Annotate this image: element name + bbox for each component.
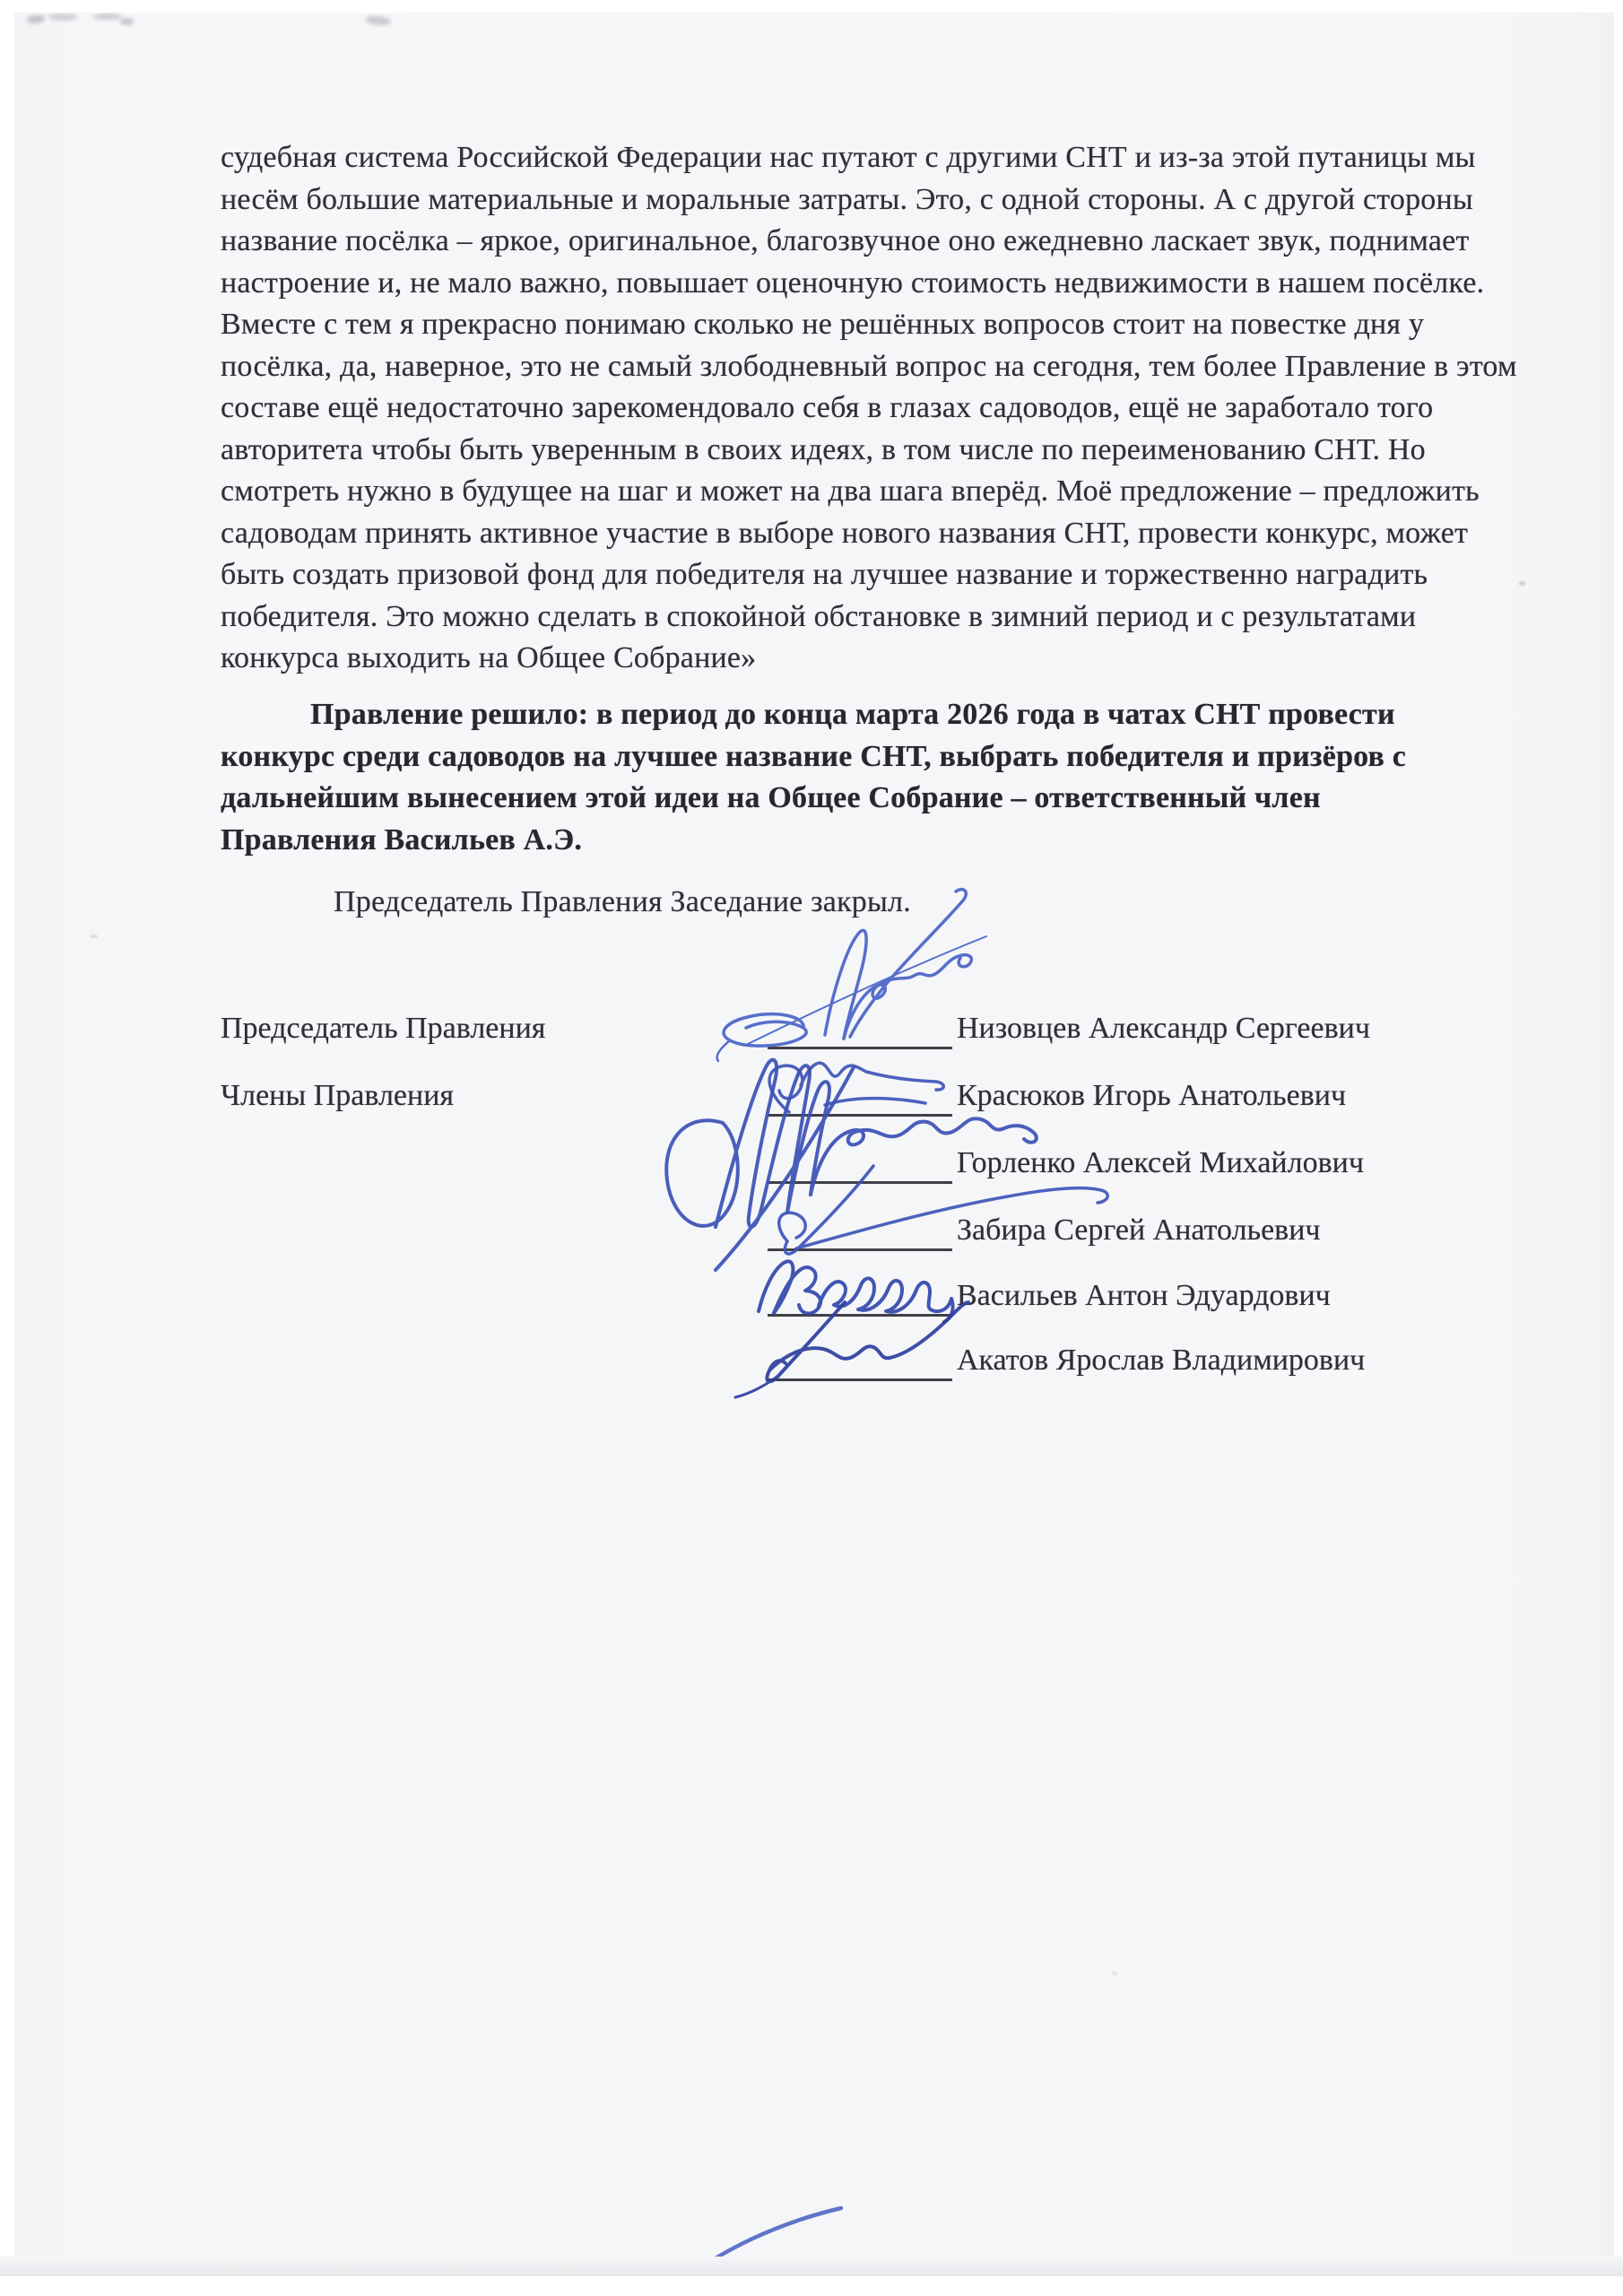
page-bottom-shadow <box>0 2257 1623 2278</box>
signature-stroke-gorlenko <box>666 1060 1037 1270</box>
scanner-edge-bottom <box>0 2276 1623 2296</box>
signature-stroke-zabira <box>779 1166 1108 1254</box>
scanner-edge-right <box>1614 0 1623 2296</box>
signature-stroke-vasilyev <box>759 1261 953 1322</box>
signature-stroke-akatov <box>735 1302 968 1397</box>
scanner-edge-left <box>0 0 14 2296</box>
scanner-edge-top <box>0 0 1623 13</box>
signature-stroke-krasyukov <box>769 1063 943 1112</box>
ink-signatures-overlay <box>0 0 1623 2296</box>
scanned-document-page: судебная система Российской Федерации на… <box>0 0 1623 2296</box>
signature-stroke-nizovtsev <box>717 890 986 1061</box>
